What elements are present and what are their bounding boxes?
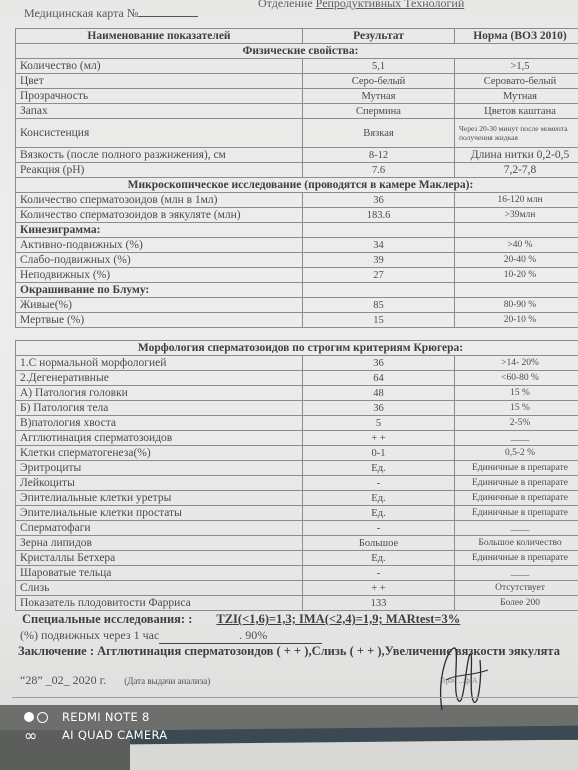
motility-label: (%) подвижных через 1 час bbox=[20, 628, 159, 642]
row-name: Лейкоциты bbox=[16, 476, 303, 491]
row-result: 5,1 bbox=[303, 59, 455, 74]
row-result: 39 bbox=[303, 253, 455, 268]
row-name: Эпителиальные клетки уретры bbox=[16, 491, 303, 506]
motility-value: . 90% bbox=[239, 628, 267, 644]
row-norm: Цветов каштана bbox=[455, 104, 578, 119]
row-result: - bbox=[303, 566, 455, 581]
special-tests-value: TZI(<1,6)=1,3; IMA(<2,4)=1,9; MARtest=3% bbox=[216, 612, 460, 626]
table-row: Кристаллы БетхераЕд.Единичные в препарат… bbox=[16, 551, 578, 566]
table-row: Реакция (pH)7.67,2-7,8 bbox=[16, 163, 578, 178]
section-row: Окрашивание по Блуму: bbox=[16, 283, 578, 298]
table-row: Показатель плодовитости Фарриса133Более … bbox=[16, 596, 578, 611]
row-name: Прозрачность bbox=[16, 89, 303, 104]
table-row: 2.Дегенеративные64<60-80 % bbox=[16, 371, 578, 386]
row-norm: ____ bbox=[455, 566, 578, 581]
section-kinesigram: Кинезиграмма: bbox=[16, 223, 303, 238]
row-result: 0-1 bbox=[303, 446, 455, 461]
row-norm: Длина нитки 0,2-0,5 bbox=[455, 148, 578, 163]
table-row: Слабо-подвижных (%)3920-40 % bbox=[16, 253, 578, 268]
row-result: 15 bbox=[303, 313, 455, 328]
table-row: Эпителиальные клетки уретрыЕд.Единичные … bbox=[16, 491, 578, 506]
row-result: 36 bbox=[303, 401, 455, 416]
row-norm: Единичные в препарате bbox=[455, 461, 578, 476]
row-name: Мертвые (%) bbox=[16, 313, 303, 328]
row-name: В)патология хвоста bbox=[16, 416, 303, 431]
row-name: Реакция (pH) bbox=[16, 163, 303, 178]
row-norm: <60-80 % bbox=[455, 371, 578, 386]
row-result: Спермина bbox=[303, 104, 455, 119]
section-row: Микроскопическое исследование (проводятс… bbox=[16, 178, 578, 193]
table-row: Клетки сперматогенеза(%)0-10,5-2 % bbox=[16, 446, 578, 461]
issue-date-label: (Дата выдачи анализа) bbox=[124, 676, 210, 686]
table-row: 1.С нормальной морфологией36>14- 20% bbox=[16, 356, 578, 371]
watermark-camera: AI QUAD CAMERA bbox=[62, 728, 167, 742]
row-result: 64 bbox=[303, 371, 455, 386]
special-tests: Специальные исследования: :TZI(<1,6)=1,3… bbox=[22, 612, 460, 627]
row-norm: Единичные в препарате bbox=[455, 476, 578, 491]
table-row: Шароватые тельца-____ bbox=[16, 566, 578, 581]
row-norm: >39млн bbox=[455, 208, 578, 223]
row-norm: 20-10 % bbox=[455, 313, 578, 328]
row-norm: 2-5% bbox=[455, 416, 578, 431]
row-name: А) Патология головки bbox=[16, 386, 303, 401]
table-row: Живые(%)8580-90 % bbox=[16, 298, 578, 313]
table-row: Сперматофаги-____ bbox=[16, 521, 578, 536]
table-row: Количество (мл)5,1>1,5 bbox=[16, 59, 578, 74]
table-row: В)патология хвоста52-5% bbox=[16, 416, 578, 431]
row-norm: 7,2-7,8 bbox=[455, 163, 578, 178]
row-norm: 20-40 % bbox=[455, 253, 578, 268]
section-row: Физические свойства: bbox=[16, 44, 578, 59]
row-norm: Единичные в препарате bbox=[455, 491, 578, 506]
row-name: Неподвижных (%) bbox=[16, 268, 303, 283]
lab-report-sheet: Отделение Репродуктивных Технологий Меди… bbox=[0, 0, 578, 705]
row-result: 7.6 bbox=[303, 163, 455, 178]
row-result: 183.6 bbox=[303, 208, 455, 223]
row-result: - bbox=[303, 521, 455, 536]
row-norm: Единичные в препарате bbox=[455, 506, 578, 521]
section-physical-properties: Физические свойства: bbox=[16, 44, 578, 59]
row-result: Ед. bbox=[303, 551, 455, 566]
section-row: Кинезиграмма: bbox=[16, 223, 578, 238]
table-header-row: Наименование показателей Результат Норма… bbox=[16, 29, 578, 44]
morphology-table: Морфология сперматозоидов по строгим кри… bbox=[15, 340, 578, 611]
row-name: Кристаллы Бетхера bbox=[16, 551, 303, 566]
row-norm: 0,5-2 % bbox=[455, 446, 578, 461]
row-result: 27 bbox=[303, 268, 455, 283]
row-result: 36 bbox=[303, 356, 455, 371]
camera-watermark: REDMI NOTE 8 ∞AI QUAD CAMERA bbox=[24, 708, 167, 744]
row-result: 133 bbox=[303, 596, 455, 611]
medical-card-blank bbox=[138, 6, 198, 17]
row-name: Клетки сперматогенеза(%) bbox=[16, 446, 303, 461]
table-row: ПрозрачностьМутнаяМутная bbox=[16, 89, 578, 104]
row-name: Слабо-подвижных (%) bbox=[16, 253, 303, 268]
row-name: Шароватые тельца bbox=[16, 566, 303, 581]
medical-card-label: Медицинская карта № bbox=[24, 6, 138, 20]
department-prefix: Отделение bbox=[258, 0, 316, 10]
row-norm: 10-20 % bbox=[455, 268, 578, 283]
row-name: Консистенция bbox=[16, 119, 303, 148]
semen-analysis-table: Наименование показателей Результат Норма… bbox=[15, 28, 578, 328]
infinity-icon: ∞ bbox=[24, 726, 62, 745]
section-kruger-morphology: Морфология сперматозоидов по строгим кри… bbox=[16, 341, 578, 356]
issue-date: “28” _02_ 2020 г.(Дата выдачи анализа) bbox=[20, 673, 210, 688]
row-norm: >1,5 bbox=[455, 59, 578, 74]
row-name: Количество сперматозоидов в эякуляте (мл… bbox=[16, 208, 303, 223]
motility-blank bbox=[159, 628, 239, 644]
row-name: Сперматофаги bbox=[16, 521, 303, 536]
row-name: Б) Патология тела bbox=[16, 401, 303, 416]
motility-after-1h: (%) подвижных через 1 час . 90% bbox=[20, 628, 322, 644]
table-row: Количество сперматозоидов в эякуляте (мл… bbox=[16, 208, 578, 223]
dual-dot-icon bbox=[24, 712, 62, 723]
row-result: + + bbox=[303, 431, 455, 446]
section-row: Морфология сперматозоидов по строгим кри… bbox=[16, 341, 578, 356]
row-result: 36 bbox=[303, 193, 455, 208]
header-norm: Норма (ВОЗ 2010) bbox=[455, 29, 578, 44]
under-sheet bbox=[130, 740, 578, 770]
row-name: Зерна липидов bbox=[16, 536, 303, 551]
table-row: Мертвые (%)1520-10 % bbox=[16, 313, 578, 328]
table-row: Слизь+ +Отсутствует bbox=[16, 581, 578, 596]
table-row: ЭритроцитыЕд.Единичные в препарате bbox=[16, 461, 578, 476]
row-norm: ____ bbox=[455, 521, 578, 536]
row-name: Активно-подвижных (%) bbox=[16, 238, 303, 253]
table-row: ЗапахСперминаЦветов каштана bbox=[16, 104, 578, 119]
row-norm: Более 200 bbox=[455, 596, 578, 611]
row-result: Ед. bbox=[303, 461, 455, 476]
row-name: Количество сперматозоидов (млн в 1мл) bbox=[16, 193, 303, 208]
table-row: Активно-подвижных (%)34>40 % bbox=[16, 238, 578, 253]
row-norm: 16-120 млн bbox=[455, 193, 578, 208]
row-norm: ____ bbox=[455, 431, 578, 446]
row-name: Агглютинация сперматозоидов bbox=[16, 431, 303, 446]
row-norm: >14- 20% bbox=[455, 356, 578, 371]
row-result: Большое bbox=[303, 536, 455, 551]
row-norm: Серовато-белый bbox=[455, 74, 578, 89]
row-norm: Мутная bbox=[455, 89, 578, 104]
row-name: Вязкость (после полного разжижения), см bbox=[16, 148, 303, 163]
department-name: Репродуктивных Технологий bbox=[316, 0, 465, 10]
row-norm: 80-90 % bbox=[455, 298, 578, 313]
row-name: Эпителиальные клетки простаты bbox=[16, 506, 303, 521]
row-result: 85 bbox=[303, 298, 455, 313]
table-row: Количество сперматозоидов (млн в 1мл)361… bbox=[16, 193, 578, 208]
section-microscopic: Микроскопическое исследование (проводятс… bbox=[16, 178, 578, 193]
table-row: А) Патология головки4815 % bbox=[16, 386, 578, 401]
medical-card-number: Медицинская карта № bbox=[24, 6, 198, 21]
row-result: 8-12 bbox=[303, 148, 455, 163]
row-result: 48 bbox=[303, 386, 455, 401]
watermark-model: REDMI NOTE 8 bbox=[62, 710, 150, 724]
table-row: КонсистенцияВязкаяЧерез 20-30 минут посл… bbox=[16, 119, 578, 148]
row-name: Показатель плодовитости Фарриса bbox=[16, 596, 303, 611]
row-name: Эритроциты bbox=[16, 461, 303, 476]
row-norm: Отсутствует bbox=[455, 581, 578, 596]
row-norm: 15 % bbox=[455, 401, 578, 416]
row-result: Ед. bbox=[303, 491, 455, 506]
row-result: Вязкая bbox=[303, 119, 455, 148]
row-result: Серо-белый bbox=[303, 74, 455, 89]
frame-border bbox=[12, 697, 578, 698]
motility-blank-2 bbox=[267, 628, 322, 644]
row-name: Запах bbox=[16, 104, 303, 119]
special-tests-label: Специальные исследования: : bbox=[22, 612, 192, 626]
row-result: Мутная bbox=[303, 89, 455, 104]
table-row: Агглютинация сперматозоидов+ +____ bbox=[16, 431, 578, 446]
signature-icon bbox=[432, 640, 492, 716]
row-name: 1.С нормальной морфологией bbox=[16, 356, 303, 371]
row-name: Цвет bbox=[16, 74, 303, 89]
row-norm: Большое количество bbox=[455, 536, 578, 551]
row-norm: Единичные в препарате bbox=[455, 551, 578, 566]
header-name: Наименование показателей bbox=[16, 29, 303, 44]
row-norm: Через 20-30 минут после момента получени… bbox=[455, 119, 578, 148]
table-row: Эпителиальные клетки простатыЕд.Единичны… bbox=[16, 506, 578, 521]
table-row: Неподвижных (%)2710-20 % bbox=[16, 268, 578, 283]
row-name: 2.Дегенеративные bbox=[16, 371, 303, 386]
header-result: Результат bbox=[303, 29, 455, 44]
row-result: Ед. bbox=[303, 506, 455, 521]
row-result: 34 bbox=[303, 238, 455, 253]
table-row: ЦветСеро-белыйСеровато-белый bbox=[16, 74, 578, 89]
issue-date-value: “28” _02_ 2020 г. bbox=[20, 673, 106, 687]
row-result: + + bbox=[303, 581, 455, 596]
table-row: Б) Патология тела3615 % bbox=[16, 401, 578, 416]
row-name: Количество (мл) bbox=[16, 59, 303, 74]
row-norm: >40 % bbox=[455, 238, 578, 253]
section-blum-staining: Окрашивание по Блуму: bbox=[16, 283, 303, 298]
table-row: Зерна липидовБольшоеБольшое количество bbox=[16, 536, 578, 551]
table-row: Лейкоциты-Единичные в препарате bbox=[16, 476, 578, 491]
table-row: Вязкость (после полного разжижения), см8… bbox=[16, 148, 578, 163]
row-result: 5 bbox=[303, 416, 455, 431]
row-norm: 15 % bbox=[455, 386, 578, 401]
row-name: Живые(%) bbox=[16, 298, 303, 313]
row-name: Слизь bbox=[16, 581, 303, 596]
row-result: - bbox=[303, 476, 455, 491]
